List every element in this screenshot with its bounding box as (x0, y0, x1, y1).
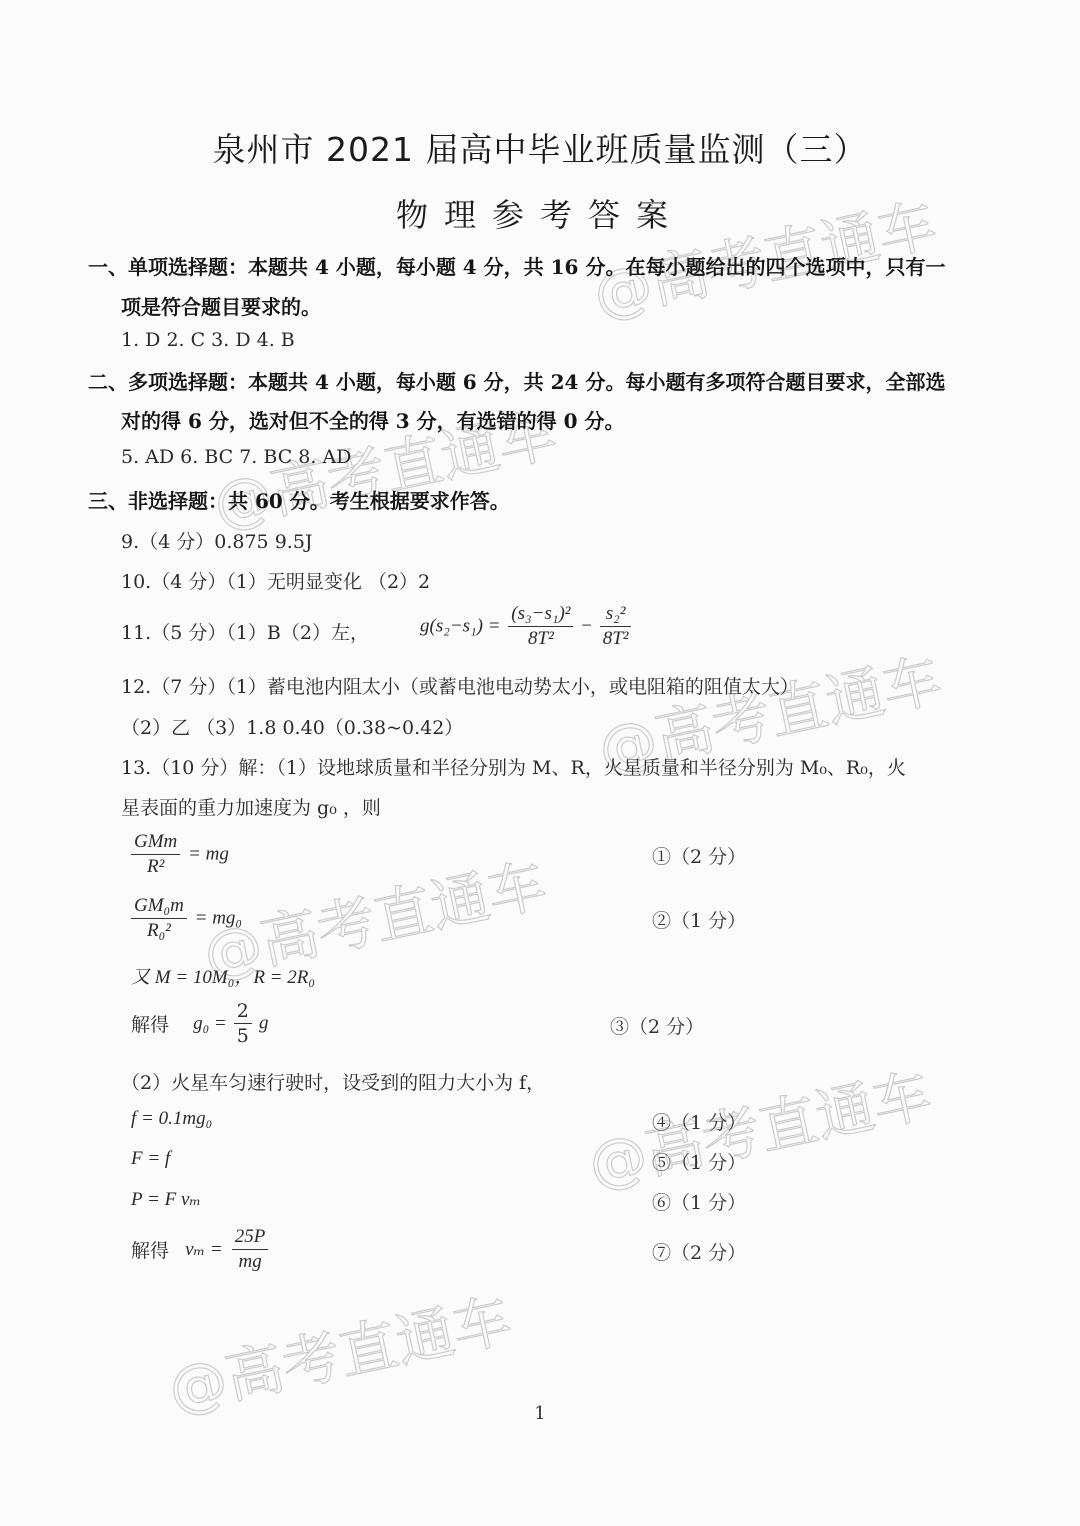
section-3-heading: 三、非选择题：共 60 分。考生根据要求作答。 (88, 485, 510, 514)
q13-eq6-score: ⑤（1 分） (652, 1148, 746, 1175)
section-1-answers: 1. D 2. C 3. D 4. B (121, 329, 295, 351)
page-subtitle: 物理参考答案 (0, 190, 1080, 236)
q11-answer: 11.（5 分）（1）B（2）左， (121, 618, 369, 645)
q13-line-2: 星表面的重力加速度为 g₀ ，则 (121, 793, 381, 820)
q13-eq1-score: ①（2 分） (652, 842, 746, 869)
section-2-heading: 二、多项选择题：本题共 4 小题，每小题 6 分，共 24 分。每小题有多项符合… (88, 366, 945, 395)
q13-eq7: P = F vₘ (131, 1188, 201, 1211)
page-number: 1 (0, 1403, 1080, 1424)
q13-eq5: f = 0.1mg₀ (131, 1108, 212, 1130)
watermark: @高考直通车 (580, 1048, 938, 1203)
q12-line-1: 12.（7 分）（1）蓄电池内阻太小（或蓄电池电动势太小，或电阻箱的阻值太大） (121, 672, 799, 699)
q11-fraction-1: (s₃−s₁)² 8T² (508, 603, 573, 650)
q13-eq8-score: ⑦（2 分） (652, 1238, 746, 1265)
q13-eq4-score: ③（2 分） (610, 1012, 704, 1039)
section-2-heading-cont: 对的得 6 分，选对但不全的得 3 分，有选错的得 0 分。 (121, 405, 625, 434)
q13-eq2: GM₀m R₀² = mg₀ (128, 895, 242, 942)
q11-minus: − (581, 616, 592, 637)
q12-line-2: （2）乙 （3）1.8 0.40（0.38~0.42） (121, 713, 463, 740)
q13-eq3: 又 M = 10M₀，R = 2R₀ (131, 962, 315, 989)
q13-eq5-score: ④（1 分） (652, 1108, 746, 1135)
q10-answer: 10.（4 分）（1）无明显变化 （2）2 (121, 567, 430, 594)
section-1-heading: 一、单项选择题：本题共 4 小题，每小题 4 分，共 16 分。在每小题给出的四… (88, 251, 945, 280)
q9-answer: 9.（4 分）0.875 9.5J (121, 527, 313, 554)
q13-eq1: GMm R² = mg (128, 831, 229, 878)
q13-line-1: 13.（10 分）解：（1）设地球质量和半径分别为 M、R，火星质量和半径分别为… (121, 753, 906, 780)
q11-fraction-2: s₂² 8T² (600, 603, 632, 650)
section-2-answers: 5. AD 6. BC 7. BC 8. AD (121, 446, 351, 468)
q11-lhs: g(s₂−s₁) = (420, 616, 501, 637)
q13-eq6: F = f (131, 1148, 170, 1170)
page-title: 泉州市 2021 届高中毕业班质量监测（三） (0, 124, 1080, 171)
section-1-heading-cont: 项是符合题目要求的。 (121, 291, 321, 320)
q13-eq4: 解得 g₀ = 2 5 g (131, 1000, 268, 1047)
q13-part-2: （2）火星车匀速行驶时，设受到的阻力大小为 f， (121, 1068, 545, 1095)
q11-prefix: 11.（5 分）（1）B（2）左， (121, 622, 369, 644)
q13-eq2-score: ②（1 分） (652, 906, 746, 933)
q13-eq7-score: ⑥（1 分） (652, 1188, 746, 1215)
q13-eq8: 解得 vₘ = 25P mg (131, 1226, 271, 1273)
q11-formula: g(s₂−s₁) = (s₃−s₁)² 8T² − s₂² 8T² (420, 603, 634, 650)
